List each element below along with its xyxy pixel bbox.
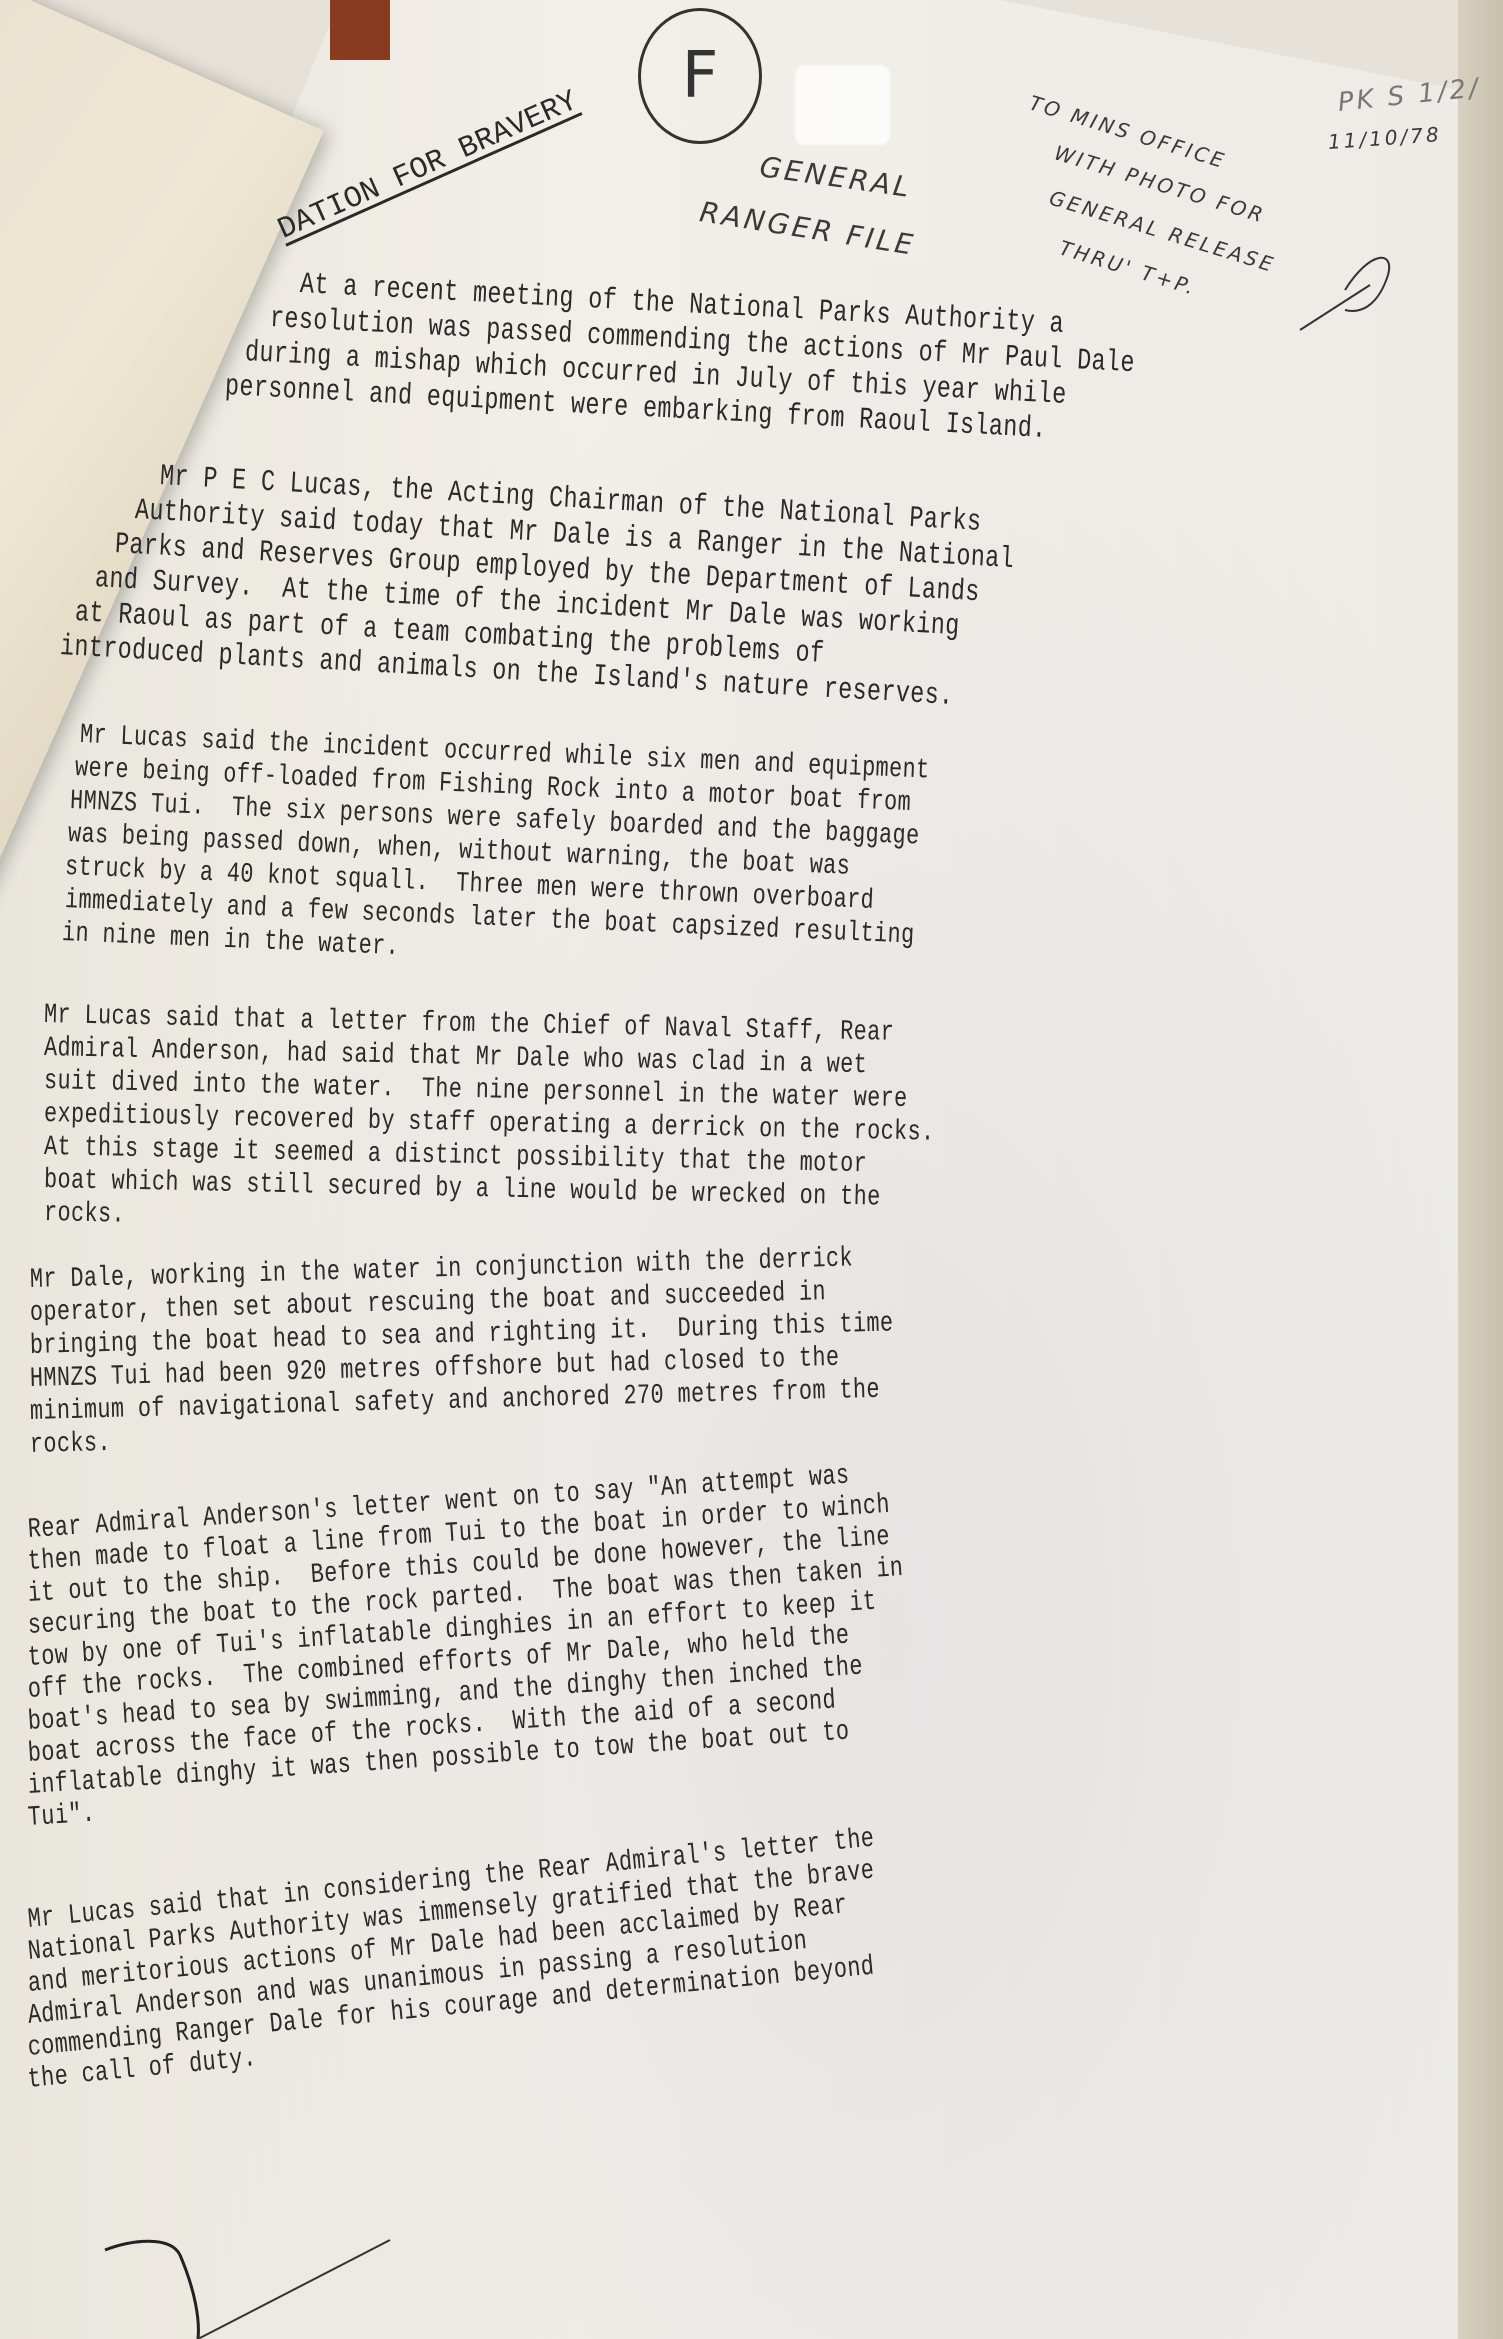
body-line: rocks.	[30, 1428, 112, 1461]
file-note-line-1: GENERAL	[758, 150, 914, 204]
body-line: Tui".	[27, 1799, 96, 1834]
tape-residue	[795, 65, 890, 145]
annotation-date: 11/10/78	[1327, 122, 1442, 154]
typed-document: F GENERAL RANGER FILE TO MINS OFFICE WIT…	[0, 0, 1503, 2339]
document-heading: DATION FOR BRAVERY	[273, 85, 583, 248]
circled-letter-annotation: F	[638, 8, 762, 144]
reference-number: PK S 1/2/	[1336, 73, 1482, 118]
body-line: rocks.	[44, 1198, 126, 1231]
circled-letter: F	[682, 39, 719, 113]
file-note-line-2: RANGER FILE	[697, 195, 917, 262]
